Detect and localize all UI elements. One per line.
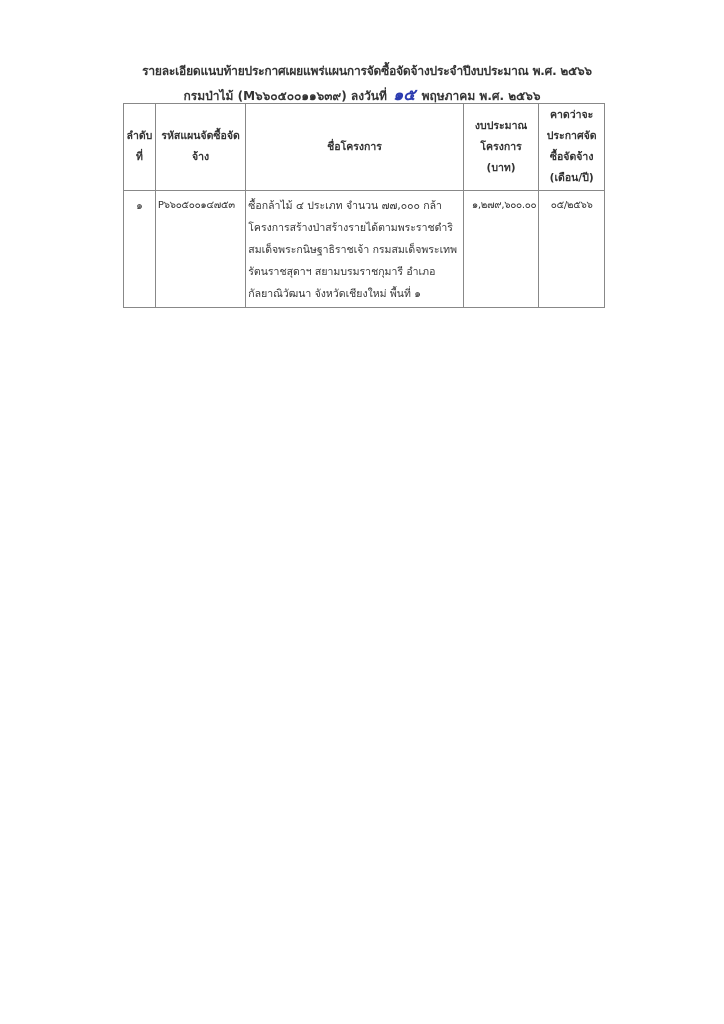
title-suffix: พฤษภาคม พ.ศ. ๒๕๖๖ (422, 89, 541, 103)
cell-budget: ๑,๒๗๙,๖๐๐.๐๐ (463, 191, 539, 308)
header-project-name: ชื่อโครงการ (246, 104, 464, 191)
cell-seq: ๑ (124, 191, 156, 308)
title-prefix: กรมป่าไม้ (M๖๖๐๕๐๐๑๑๖๓๙) ลงวันที่ (184, 89, 387, 103)
handwritten-date-day: ๑๕ (393, 85, 415, 104)
document-title-line1: รายละเอียดแนบท้ายประกาศเผยแพร่แผนการจัดซ… (0, 62, 724, 81)
header-plan-code: รหัสแผนจัดซื้อจัด จ้าง (155, 104, 245, 191)
procurement-plan-table: ลำดับ ที่ รหัสแผนจัดซื้อจัด จ้าง ชื่อโคร… (123, 103, 605, 308)
cell-project-name: ซื้อกล้าไม้ ๔ ประเภท จำนวน ๗๗,๐๐๐ กล้า โ… (246, 191, 464, 308)
cell-plan-code: P๖๖๐๕๐๐๑๔๗๕๓ (155, 191, 245, 308)
header-seq: ลำดับ ที่ (124, 104, 156, 191)
header-budget: งบประมาณ โครงการ (บาท) (463, 104, 539, 191)
table-header-row: ลำดับ ที่ รหัสแผนจัดซื้อจัด จ้าง ชื่อโคร… (124, 104, 605, 191)
cell-expected-date: ๐๕/๒๕๖๖ (539, 191, 605, 308)
table-row: ๑ P๖๖๐๕๐๐๑๔๗๕๓ ซื้อกล้าไม้ ๔ ประเภท จำนว… (124, 191, 605, 308)
header-expected-date: คาดว่าจะ ประกาศจัด ซื้อจัดจ้าง (เดือน/ปี… (539, 104, 605, 191)
